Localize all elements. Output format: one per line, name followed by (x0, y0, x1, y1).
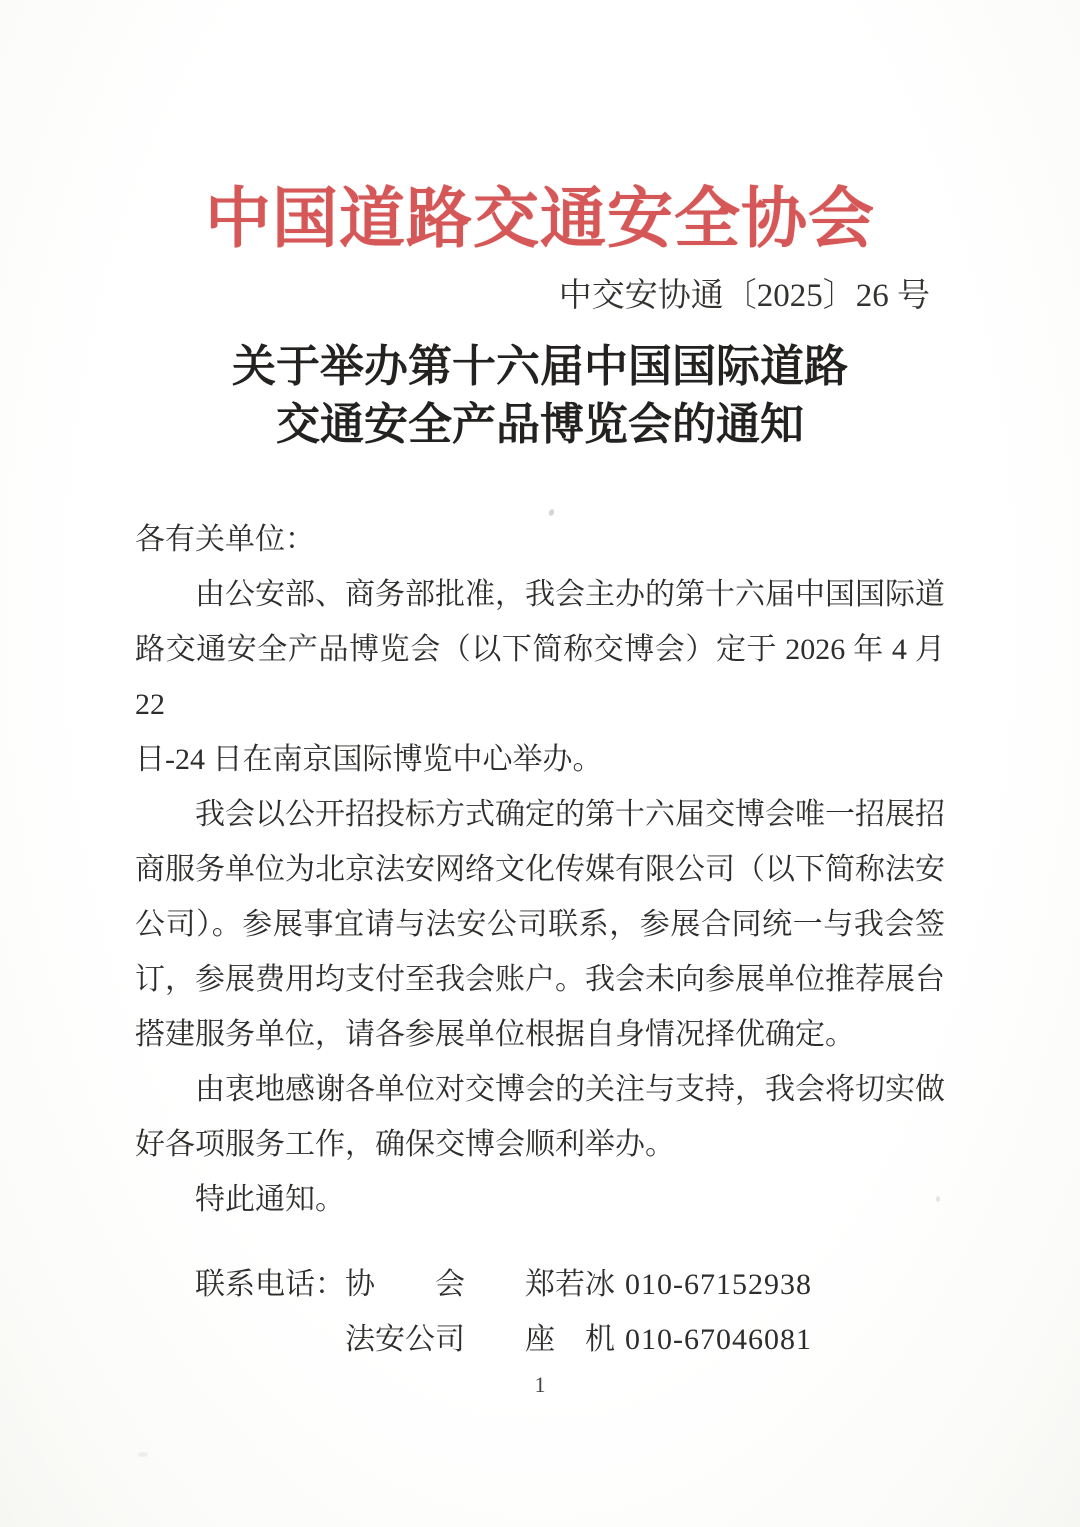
contact-row-association: 联系电话： 协 会 郑若冰 010-67152938 (195, 1257, 945, 1312)
contact-info: 联系电话： 协 会 郑若冰 010-67152938 法安公司 座 机 010-… (135, 1257, 945, 1367)
document-text-line: 特此通知。 (135, 1172, 945, 1227)
page-number: 1 (0, 1372, 1080, 1398)
document-body: 各有关单位： 由公安部、商务部批准，我会主办的第十六届中国国际道路交通安全产品博… (135, 512, 945, 1367)
paragraph-thanks: 由衷地感谢各单位对交博会的关注与支持，我会将切实做好各项服务工作，确保交博会顺利… (135, 1062, 945, 1172)
contact-org-association: 协 会 (345, 1257, 525, 1312)
document-text-line: 订，参展费用均支付至我会账户。我会未向参展单位推荐展台 (135, 952, 945, 1007)
contact-org-faan-company: 法安公司 (345, 1312, 525, 1367)
document-text-line: 好各项服务工作，确保交博会顺利举办。 (135, 1117, 945, 1172)
document-text-line: 路交通安全产品博览会（以下简称交博会）定于 2026 年 4 月 22 (135, 622, 945, 732)
paragraph-service-provider: 我会以公开招投标方式确定的第十六届交博会唯一招展招商服务单位为北京法安网络文化传… (135, 787, 945, 1062)
salutation: 各有关单位： (135, 512, 945, 567)
document-text-line: 搭建服务单位，请各参展单位根据自身情况择优确定。 (135, 1007, 945, 1062)
notice-title: 关于举办第十六届中国国际道路 交通安全产品博览会的通知 (0, 338, 1080, 454)
issuing-org-title: 中国道路交通安全协会 (0, 176, 1080, 264)
scanned-notice-page: 中国道路交通安全协会 中交安协通〔2025〕26 号 关于举办第十六届中国国际道… (0, 0, 1080, 1527)
paragraph-closing: 特此通知。 (135, 1172, 945, 1227)
document-text-line: 公司）。参展事宜请与法安公司联系，参展合同统一与我会签 (135, 897, 945, 952)
notice-title-line1: 关于举办第十六届中国国际道路 (0, 338, 1080, 396)
document-text-line: 由衷地感谢各单位对交博会的关注与支持，我会将切实做 (135, 1062, 945, 1117)
contact-label: 联系电话： (195, 1257, 345, 1312)
contact-label-spacer (195, 1312, 345, 1367)
notice-title-line2: 交通安全产品博览会的通知 (0, 396, 1080, 454)
contact-person-association: 郑若冰 (525, 1257, 625, 1312)
document-text-line: 由公安部、商务部批准，我会主办的第十六届中国国际道 (135, 567, 945, 622)
contact-phone-faan-company: 010-67046081 (625, 1312, 945, 1367)
paragraph-expo-announcement: 由公安部、商务部批准，我会主办的第十六届中国国际道路交通安全产品博览会（以下简称… (135, 567, 945, 787)
document-text-line: 日-24 日在南京国际博览中心举办。 (135, 732, 945, 787)
contact-person-faan-company: 座 机 (525, 1312, 625, 1367)
document-text-line: 我会以公开招投标方式确定的第十六届交博会唯一招展招 (135, 787, 945, 842)
scan-speck (138, 1452, 148, 1457)
contact-phone-association: 010-67152938 (625, 1257, 945, 1312)
document-reference-number: 中交安协通〔2025〕26 号 (0, 276, 1080, 316)
scan-speck (936, 1196, 940, 1202)
contact-row-faan-company: 法安公司 座 机 010-67046081 (195, 1312, 945, 1367)
document-text-line: 商服务单位为北京法安网络文化传媒有限公司（以下简称法安 (135, 842, 945, 897)
